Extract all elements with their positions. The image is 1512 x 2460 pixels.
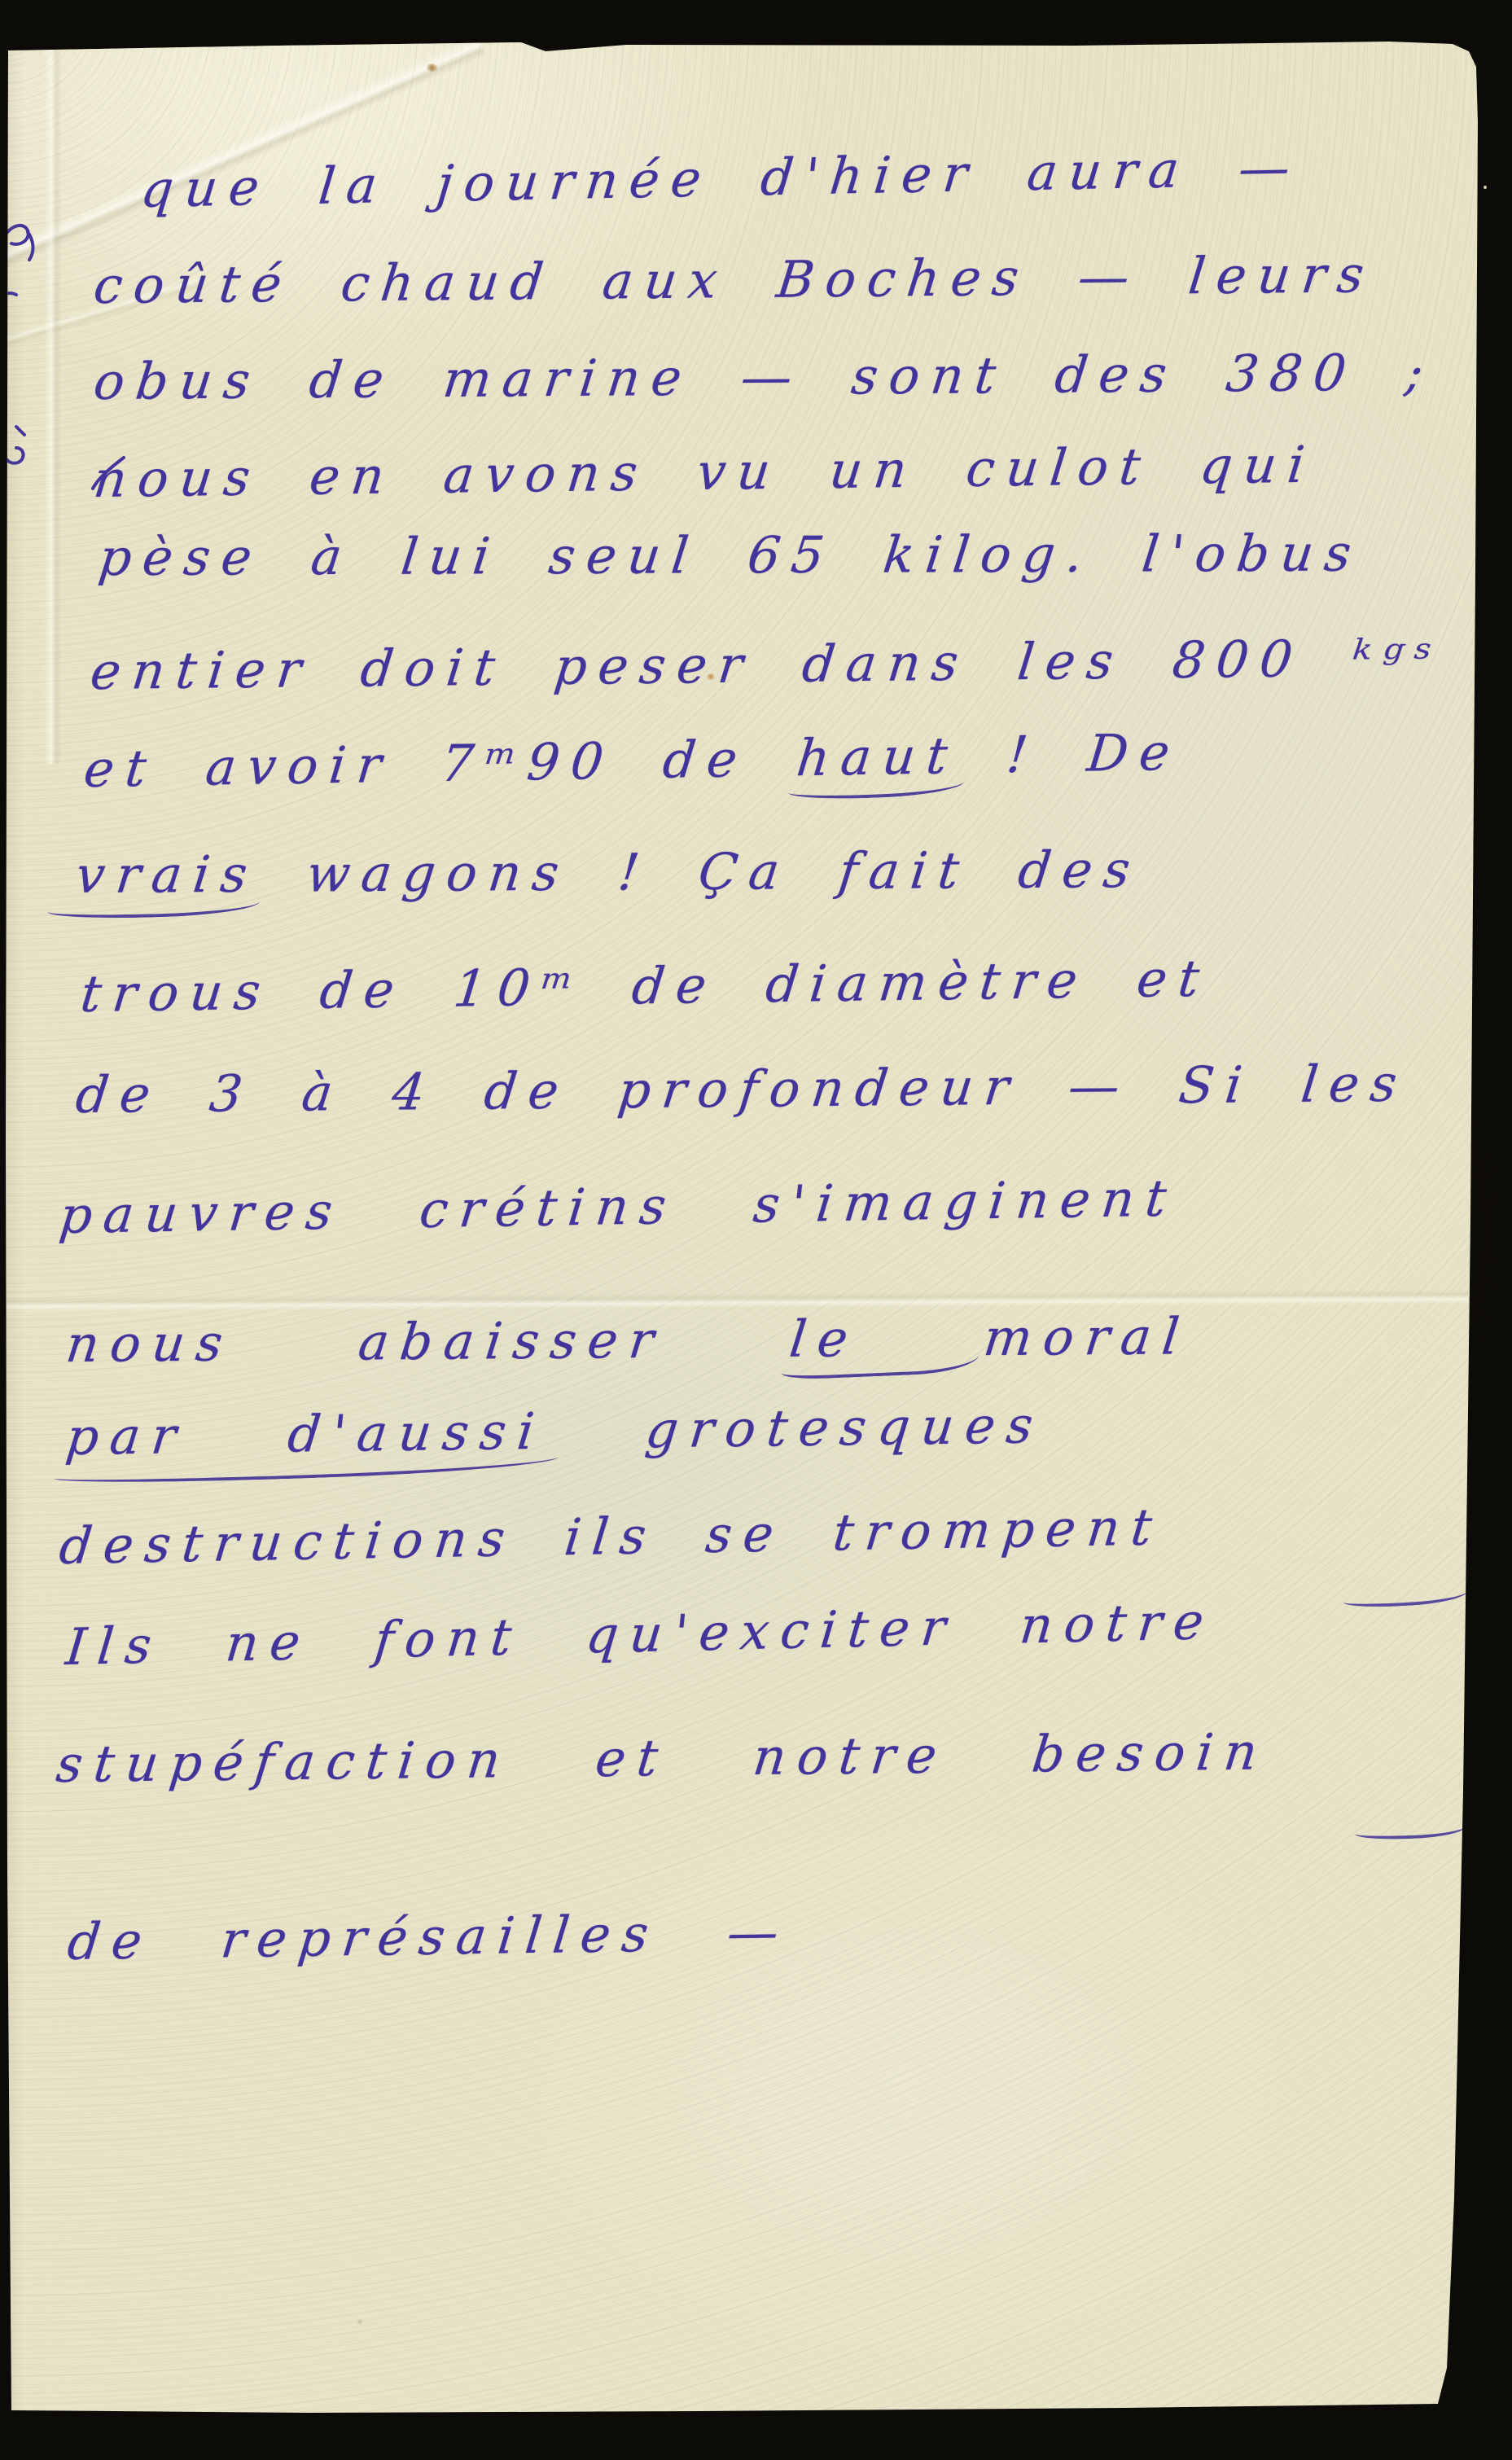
letter-paper-sheet: que la journée d'hier aura — coûté chaud… xyxy=(0,0,1512,2460)
scanner-background: que la journée d'hier aura — coûté chaud… xyxy=(0,0,1512,2460)
paper-edge-shading xyxy=(0,0,1512,2460)
dust-speck xyxy=(1484,186,1487,189)
